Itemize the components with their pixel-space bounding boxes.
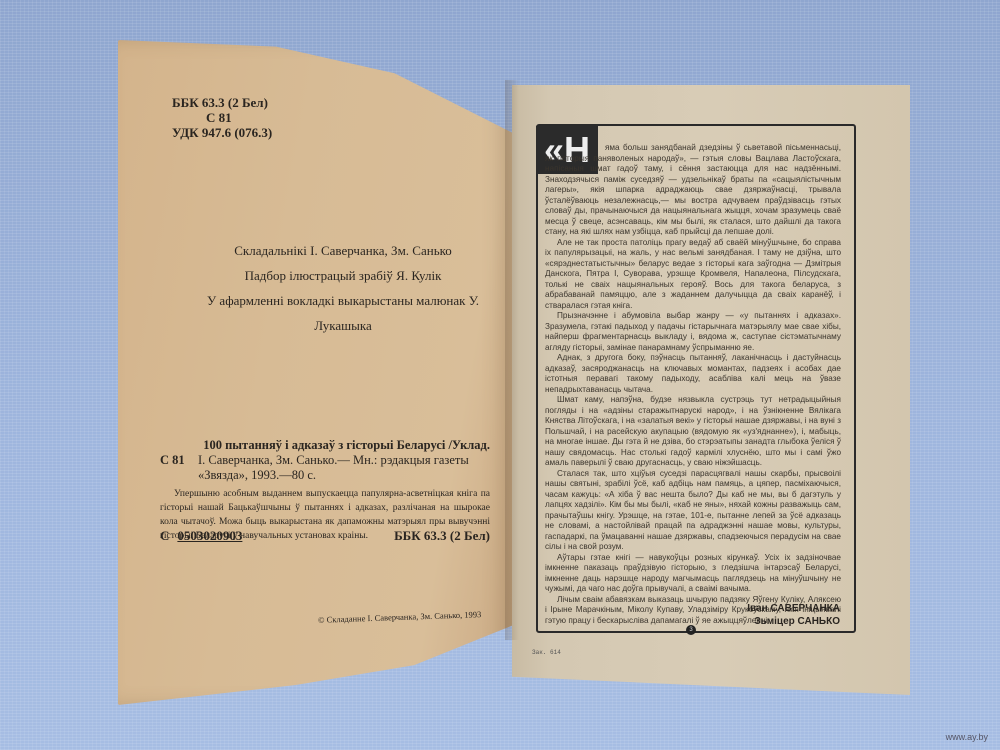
paragraph: Але не так проста патоліць прагу ведаў а… xyxy=(545,238,841,312)
page-number: 3 xyxy=(686,625,696,635)
authors-line: І. Саверчанка, Зм. Санько.— Мн.: рэдакцы… xyxy=(198,453,469,467)
udk-code: УДК 947.6 (076.3) xyxy=(172,125,272,140)
paragraph: Сталася так, што хціўыя суседзі парасцяг… xyxy=(545,469,841,553)
signature-1: Іван САВЕРЧАНКА xyxy=(680,602,840,615)
bbk-code: ББК 63.3 (2 Бел) xyxy=(172,95,272,110)
preface-text: яма больш занядбанай дзедзіны ў сьветаво… xyxy=(545,143,841,626)
paragraph: Аўтары гэтае кнігі — навукоўцы розных кі… xyxy=(545,553,841,595)
illustrations-line: Падбор ілюстрацый зрабіў Я. Кулік xyxy=(178,263,508,288)
publisher-line: «Звязда», 1993.—80 с. xyxy=(160,468,490,483)
c-code: С 81 xyxy=(172,110,272,125)
classification-block: ББК 63.3 (2 Бел) С 81 УДК 947.6 (076.3) xyxy=(172,95,272,140)
signature-2: Зьміцер САНЬКО xyxy=(680,615,840,628)
isbn-left: С0503020903 xyxy=(160,528,242,544)
credits: Складальнікі І. Саверчанка, Зм. Санько П… xyxy=(178,238,508,338)
paragraph: Аднак, з другога боку, пэўнасць пытанняў… xyxy=(545,353,841,395)
isbn-prefix: С xyxy=(160,528,169,543)
isbn-row: С0503020903 ББК 63.3 (2 Бел) xyxy=(160,528,490,544)
paragraph: яма больш занядбанай дзедзіны ў сьветаво… xyxy=(545,143,841,238)
isbn-code: 0503020903 xyxy=(177,528,242,543)
cover-line: У афармленні вокладкі выкарыстаны малюна… xyxy=(178,288,508,338)
authors-row: С 81І. Саверчанка, Зм. Санько.— Мн.: рэд… xyxy=(160,453,490,468)
paragraph: Шмат каму, напэўна, будзе нязвыкла сустр… xyxy=(545,395,841,469)
isbn-bbk: ББК 63.3 (2 Бел) xyxy=(394,528,490,544)
order-note: Зак. 614 xyxy=(532,649,561,656)
compilers-line: Складальнікі І. Саверчанка, Зм. Санько xyxy=(178,238,508,263)
book-title-line: 100 пытанняў і адказаў з гісторыі Белару… xyxy=(160,438,490,453)
signatures: Іван САВЕРЧАНКА Зьміцер САНЬКО xyxy=(680,602,840,628)
book-spine xyxy=(505,80,519,640)
paragraph: Прызначэнне і абумовіла выбар жанру — «у… xyxy=(545,311,841,353)
c-label: С 81 xyxy=(160,453,198,468)
watermark: www.ay.by xyxy=(946,732,988,742)
